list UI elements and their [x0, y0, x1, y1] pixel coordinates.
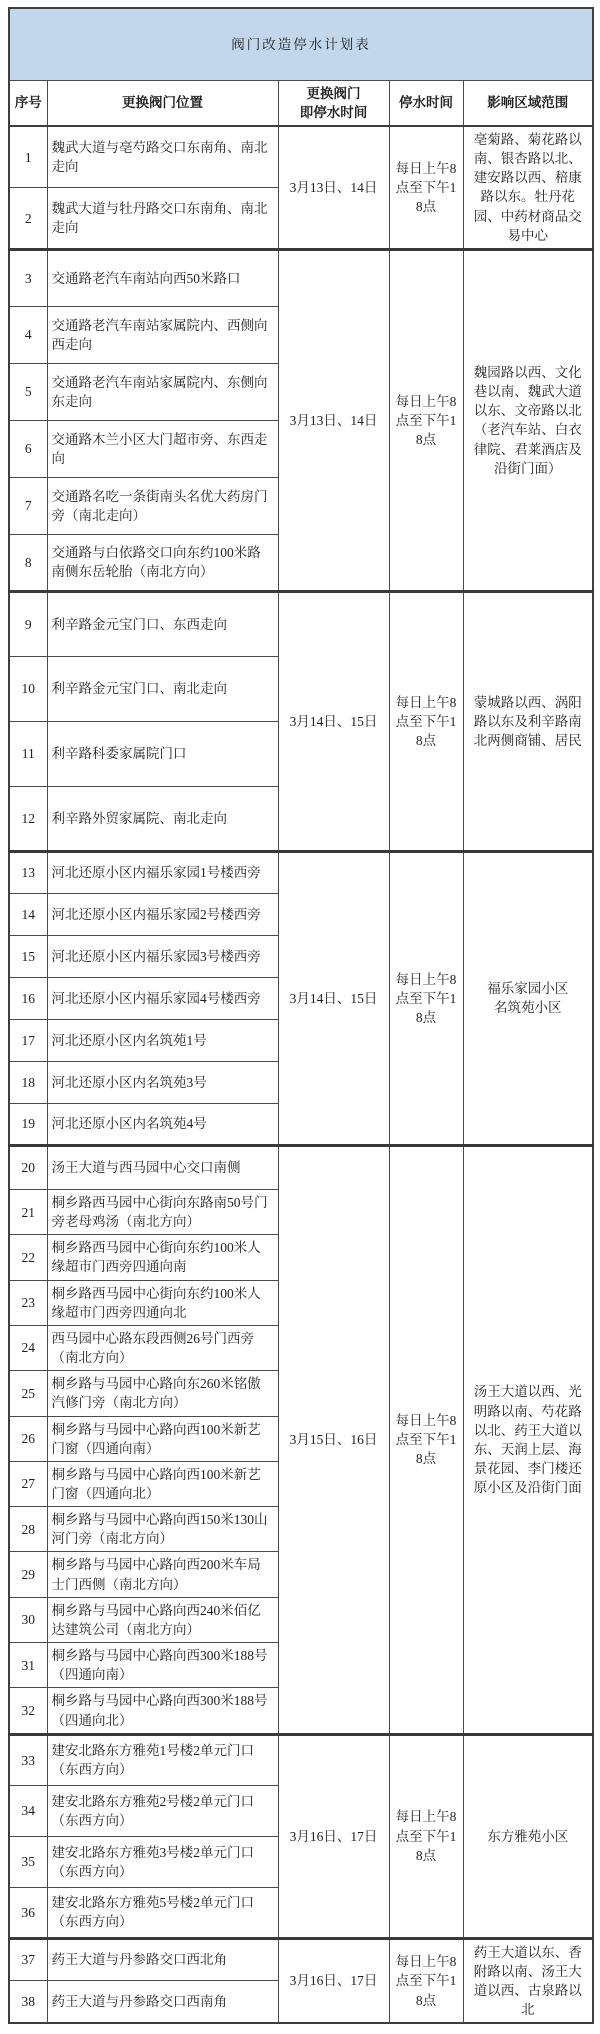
row-number-cell: 16	[9, 977, 47, 1019]
valve-location-cell: 桐乡路西马园中心街向东约100米人缘超市门西旁四通向北	[47, 1280, 278, 1325]
row-number-cell: 5	[9, 363, 47, 420]
valve-location-cell: 桐乡路与马园中心路向东260米铭傲汽修门旁（南北方向）	[47, 1371, 278, 1416]
valve-location-cell: 交通路与白依路交口向东约100米路南侧东岳轮胎（南北方向）	[47, 534, 278, 591]
row-number-cell: 6	[9, 420, 47, 477]
column-header-2: 更换阀门 即停水时间	[278, 80, 389, 126]
row-number-cell: 20	[9, 1145, 47, 1189]
valve-location-cell: 交通路木兰小区大门超市旁、东西走向	[47, 420, 278, 477]
table-row: 20汤王大道与西马园中心交口南侧3月15日、16日每日上午8点至下午18点汤王大…	[9, 1145, 593, 1189]
shutoff-date-cell: 3月13日、14日	[278, 126, 389, 249]
table-row: 9利辛路金元宝门口、东西走向3月14日、15日每日上午8点至下午18点蒙城路以西…	[9, 591, 593, 656]
row-number-cell: 32	[9, 1688, 47, 1734]
shutoff-time-cell: 每日上午8点至下午18点	[389, 1734, 463, 1938]
shutoff-date-cell: 3月13日、14日	[278, 249, 389, 591]
valve-location-cell: 桐乡路与马园中心路向西100米新艺门窗（四通向北）	[47, 1461, 278, 1506]
row-number-cell: 3	[9, 249, 47, 306]
affected-area-cell: 东方雅苑小区	[463, 1734, 593, 1938]
row-number-cell: 15	[9, 935, 47, 977]
row-number-cell: 30	[9, 1597, 47, 1642]
affected-area-cell: 药王大道以东、香附路以南、汤王大道以西、古泉路以北	[463, 1938, 593, 2023]
shutoff-time-cell: 每日上午8点至下午18点	[389, 1145, 463, 1734]
table-row: 13河北还原小区内福乐家园1号楼西旁3月14日、15日每日上午8点至下午18点福…	[9, 851, 593, 893]
row-number-cell: 8	[9, 534, 47, 591]
affected-area-cell: 魏园路以西、文化巷以南、魏武大道以东、文帝路以北（老汽车站、白衣律院、君莱酒店及…	[463, 249, 593, 591]
row-number-cell: 23	[9, 1280, 47, 1325]
shutoff-date-cell: 3月14日、15日	[278, 851, 389, 1145]
row-number-cell: 9	[9, 591, 47, 656]
valve-location-cell: 河北还原小区内名筑苑1号	[47, 1019, 278, 1061]
shutoff-time-cell: 每日上午8点至下午18点	[389, 1938, 463, 2023]
valve-location-cell: 建安北路东方雅苑2号楼2单元门口（东西方向）	[47, 1785, 278, 1836]
row-number-cell: 33	[9, 1734, 47, 1785]
row-number-cell: 25	[9, 1371, 47, 1416]
valve-location-cell: 建安北路东方雅苑3号楼2单元门口（东西方向）	[47, 1836, 278, 1887]
valve-location-cell: 魏武大道与牡丹路交口东南角、南北走向	[47, 188, 278, 250]
row-number-cell: 4	[9, 306, 47, 363]
row-number-cell: 29	[9, 1552, 47, 1597]
column-header-3: 停水时间	[389, 80, 463, 126]
valve-location-cell: 交通路老汽车南站家属院内、西侧向西走向	[47, 306, 278, 363]
table-row: 1魏武大道与亳芍路交口东南角、南北走向3月13日、14日每日上午8点至下午18点…	[9, 126, 593, 188]
row-number-cell: 11	[9, 721, 47, 786]
table-body: 1魏武大道与亳芍路交口东南角、南北走向3月13日、14日每日上午8点至下午18点…	[9, 126, 593, 2023]
row-number-cell: 1	[9, 126, 47, 188]
row-number-cell: 35	[9, 1836, 47, 1887]
row-number-cell: 19	[9, 1103, 47, 1145]
row-number-cell: 21	[9, 1189, 47, 1234]
valve-location-cell: 河北还原小区内名筑苑3号	[47, 1061, 278, 1103]
column-header-0: 序号	[9, 80, 47, 126]
valve-location-cell: 桐乡路西马园中心街向东路南50号门旁老母鸡汤（南北方向）	[47, 1189, 278, 1234]
column-header-1: 更换阀门位置	[47, 80, 278, 126]
row-number-cell: 14	[9, 893, 47, 935]
row-number-cell: 26	[9, 1416, 47, 1461]
header-row: 序号更换阀门位置更换阀门 即停水时间停水时间影响区域范围	[9, 80, 593, 126]
valve-location-cell: 桐乡路与马园中心路向西200米车局士门西侧（南北方向）	[47, 1552, 278, 1597]
shutoff-time-cell: 每日上午8点至下午18点	[389, 249, 463, 591]
shutoff-date-cell: 3月15日、16日	[278, 1145, 389, 1734]
row-number-cell: 24	[9, 1325, 47, 1370]
title-row: 阀门改造停水计划表	[9, 8, 593, 80]
row-number-cell: 36	[9, 1887, 47, 1938]
valve-location-cell: 建安北路东方雅苑5号楼2单元门口（东西方向）	[47, 1887, 278, 1938]
row-number-cell: 34	[9, 1785, 47, 1836]
row-number-cell: 27	[9, 1461, 47, 1506]
valve-location-cell: 桐乡路与马园中心路向西100米新艺门窗（四通向南）	[47, 1416, 278, 1461]
row-number-cell: 28	[9, 1507, 47, 1552]
valve-location-cell: 药王大道与丹参路交口西北角	[47, 1938, 278, 1981]
row-number-cell: 7	[9, 477, 47, 534]
valve-location-cell: 交通路名吃一条街南头名优大药房门旁（南北走向）	[47, 477, 278, 534]
shutoff-date-cell: 3月16日、17日	[278, 1734, 389, 1938]
row-number-cell: 12	[9, 786, 47, 851]
valve-location-cell: 河北还原小区内福乐家园4号楼西旁	[47, 977, 278, 1019]
valve-location-cell: 建安北路东方雅苑1号楼2单元门口（东西方向）	[47, 1734, 278, 1785]
page-title: 阀门改造停水计划表	[9, 8, 593, 80]
shutoff-time-cell: 每日上午8点至下午18点	[389, 126, 463, 249]
valve-location-cell: 利辛路科委家属院门口	[47, 721, 278, 786]
valve-location-cell: 利辛路外贸家属院、南北走向	[47, 786, 278, 851]
valve-location-cell: 桐乡路西马园中心街向东约100米人缘超市门西旁四通向南	[47, 1235, 278, 1280]
table-row: 33建安北路东方雅苑1号楼2单元门口（东西方向）3月16日、17日每日上午8点至…	[9, 1734, 593, 1785]
valve-location-cell: 西马园中心路东段西侧26号门西旁（南北方向）	[47, 1325, 278, 1370]
valve-location-cell: 桐乡路与马园中心路向西240米佰亿达建筑公司（南北方向）	[47, 1597, 278, 1642]
row-number-cell: 10	[9, 656, 47, 721]
valve-location-cell: 河北还原小区内名筑苑4号	[47, 1103, 278, 1145]
valve-location-cell: 利辛路金元宝门口、东西走向	[47, 591, 278, 656]
row-number-cell: 38	[9, 1981, 47, 2024]
row-number-cell: 37	[9, 1938, 47, 1981]
affected-area-cell: 汤王大道以西、光明路以南、芍花路以北、药王大道以东、天润上层、海景花园、李门楼还…	[463, 1145, 593, 1734]
affected-area-cell: 蒙城路以西、涡阳路以东及利辛路南北两侧商铺、居民	[463, 591, 593, 851]
valve-location-cell: 桐乡路与马园中心路向西300米188号（四通向北）	[47, 1688, 278, 1734]
valve-location-cell: 魏武大道与亳芍路交口东南角、南北走向	[47, 126, 278, 188]
shutoff-time-cell: 每日上午8点至下午18点	[389, 591, 463, 851]
shutoff-date-cell: 3月16日、17日	[278, 1938, 389, 2023]
row-number-cell: 2	[9, 188, 47, 250]
valve-location-cell: 河北还原小区内福乐家园3号楼西旁	[47, 935, 278, 977]
valve-location-cell: 河北还原小区内福乐家园2号楼西旁	[47, 893, 278, 935]
notice-page: 阀门改造停水计划表 序号更换阀门位置更换阀门 即停水时间停水时间影响区域范围 1…	[0, 0, 600, 2034]
affected-area-cell: 亳菊路、菊花路以南、银杏路以北、建安路以西、稖康路以东。牡丹花园、中药材商品交易…	[463, 126, 593, 249]
row-number-cell: 17	[9, 1019, 47, 1061]
plan-table: 阀门改造停水计划表 序号更换阀门位置更换阀门 即停水时间停水时间影响区域范围 1…	[8, 7, 594, 2024]
valve-location-cell: 药王大道与丹参路交口西南角	[47, 1981, 278, 2024]
shutoff-date-cell: 3月14日、15日	[278, 591, 389, 851]
valve-location-cell: 河北还原小区内福乐家园1号楼西旁	[47, 851, 278, 893]
valve-location-cell: 利辛路金元宝门口、南北走向	[47, 656, 278, 721]
table-row: 3交通路老汽车南站向西50米路口3月13日、14日每日上午8点至下午18点魏园路…	[9, 249, 593, 306]
row-number-cell: 18	[9, 1061, 47, 1103]
valve-location-cell: 交通路老汽车南站向西50米路口	[47, 249, 278, 306]
row-number-cell: 13	[9, 851, 47, 893]
shutoff-time-cell: 每日上午8点至下午18点	[389, 851, 463, 1145]
valve-location-cell: 交通路老汽车南站家属院内、东侧向东走向	[47, 363, 278, 420]
table-row: 37药王大道与丹参路交口西北角3月16日、17日每日上午8点至下午18点药王大道…	[9, 1938, 593, 1981]
column-header-4: 影响区域范围	[463, 80, 593, 126]
row-number-cell: 31	[9, 1643, 47, 1688]
valve-location-cell: 桐乡路与马园中心路向西150米130山河门旁（南北方向）	[47, 1507, 278, 1552]
valve-location-cell: 桐乡路与马园中心路向西300米188号（四通向南）	[47, 1643, 278, 1688]
affected-area-cell: 福乐家园小区 名筑苑小区	[463, 851, 593, 1145]
row-number-cell: 22	[9, 1235, 47, 1280]
valve-location-cell: 汤王大道与西马园中心交口南侧	[47, 1145, 278, 1189]
